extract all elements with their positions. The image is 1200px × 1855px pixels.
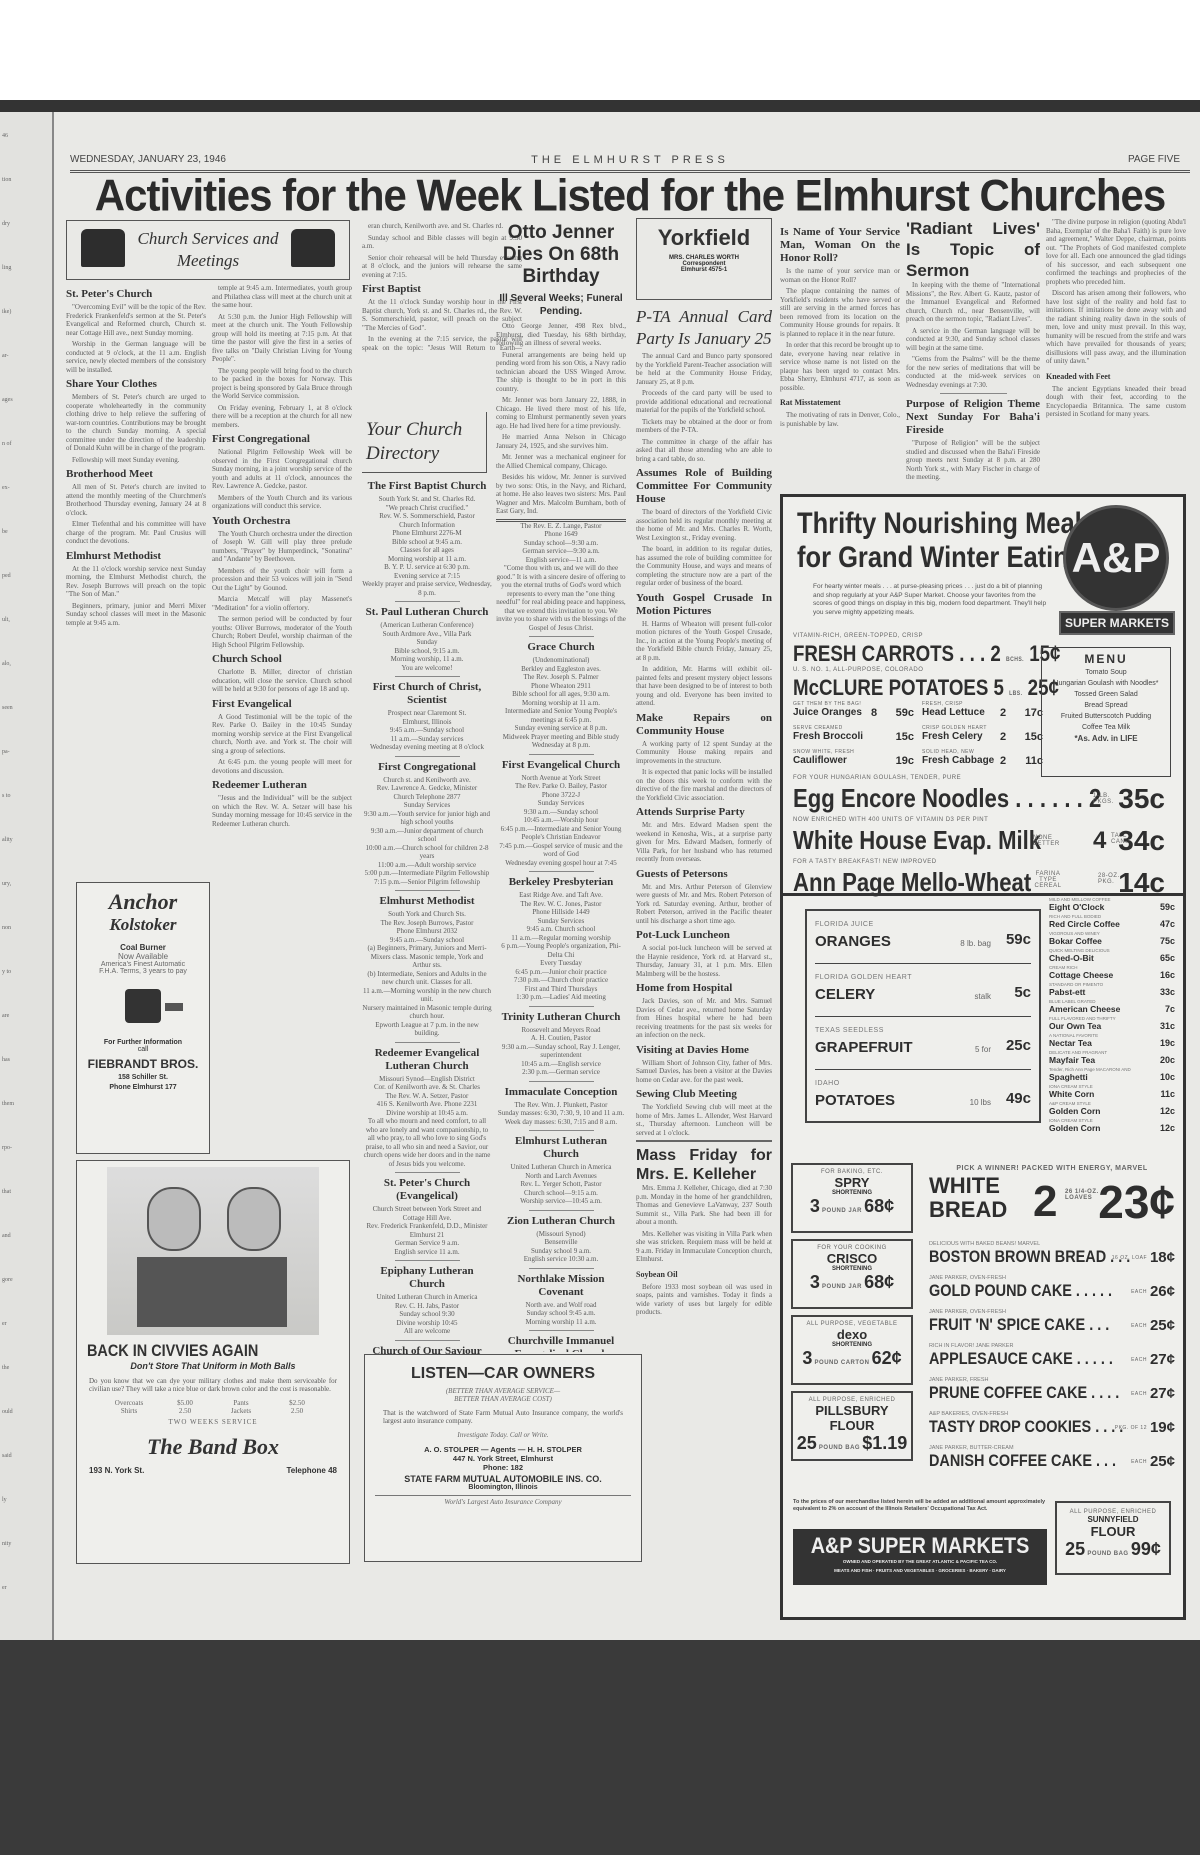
church-detail: A. H. Coutien, Pastor xyxy=(496,1034,626,1043)
church-detail: Church Telephone 2877 xyxy=(362,793,492,802)
potatoes-item: McCLURE POTATOES 5 LBS. 25¢ xyxy=(793,675,1059,701)
article-paragraph: In keeping with the theme of "Internatio… xyxy=(906,281,1040,324)
article-paragraph: Mrs. Kelleher was visiting in Villa Park… xyxy=(636,1230,772,1264)
carrots-desc: VITAMIN-RICH, GREEN-TOPPED, CRISP xyxy=(793,633,923,639)
article-headline: Youth Orchestra xyxy=(212,515,352,528)
edge-text-fragment: that xyxy=(2,1188,48,1196)
item-price: 12c xyxy=(1160,1123,1175,1133)
item-price-row: 3 POUND JAR 68¢ xyxy=(793,1272,911,1293)
article-paragraph: William Short of Johnson City, father of… xyxy=(636,1059,772,1085)
article-headline: Pot-Luck Luncheon xyxy=(636,929,772,942)
divider xyxy=(529,1081,594,1082)
edge-text-fragment: non xyxy=(2,924,48,932)
church-detail: 5:00 p.m.—Intermediate Pilgrim Fellowshi… xyxy=(362,869,492,878)
church-detail: 10:45 a.m.—Worship hour xyxy=(496,816,626,825)
correspondent-phone: Elmhurst 4575-1 xyxy=(637,267,771,273)
edge-text-fragment: gore xyxy=(2,1276,48,1284)
milk-name: White House Evap. Milk xyxy=(793,825,1041,856)
article-paragraph: "The divine purpose in religion (quoting… xyxy=(1046,218,1186,286)
edge-text-fragment: s to xyxy=(2,792,48,800)
item-price: 19¢ xyxy=(1150,1419,1175,1436)
church-detail: 9:30 a.m.—Sunday school xyxy=(496,808,626,817)
church-detail: Bible school for all ages, 9:30 a.m. xyxy=(496,690,626,699)
produce-item: SNOW WHITE, FRESHCauliflower19c xyxy=(793,749,914,773)
column-jenner: Otto Jenner Dies On 68th BirthdayIll Sev… xyxy=(496,222,626,1352)
carrots-unit: BCHS. xyxy=(1006,657,1024,663)
price-value: $2.50 xyxy=(269,1399,325,1407)
church-detail: 11 a.m.—Morning worship in the new churc… xyxy=(362,987,492,1004)
milk-note: NONE BETTER xyxy=(1033,835,1063,847)
article-headline: Kneaded with Feet xyxy=(1046,370,1186,383)
church-detail: Sunday school 9:45 a.m. xyxy=(496,1309,626,1318)
church-detail: Intermediate and Senior Young People's m… xyxy=(496,707,626,724)
church-name: Trinity Lutheran Church xyxy=(496,1011,626,1024)
article-headline: Church School xyxy=(212,653,352,666)
edge-text-fragment: has xyxy=(2,1056,48,1064)
article-paragraph: "Jesus and the Individual" will be the s… xyxy=(212,794,352,828)
church-detail: 9:30 a.m.—Junior department of church sc… xyxy=(362,827,492,844)
edge-text-fragment: the xyxy=(2,1364,48,1372)
item-unit: POUND JAR xyxy=(820,1208,864,1214)
divider xyxy=(395,890,460,891)
item-label: TEXAS SEEDLESS xyxy=(815,1027,884,1034)
item-price-row: 3 POUND JAR 68¢ xyxy=(793,1196,911,1217)
bakery-item: JANE PARKER, OVEN-FRESHGOLD POUND CAKE .… xyxy=(929,1275,1175,1307)
ad-tagline: World's Largest Auto Insurance Company xyxy=(375,1495,631,1506)
noodles-name: Egg Encore Noodles . . . . . . 2 xyxy=(793,783,1101,814)
edge-text-fragment: alo, xyxy=(2,660,48,668)
menu-item: Hungarian Goulash with Noodles* xyxy=(1042,678,1170,689)
church-detail: Phone Elmhurst 2032 xyxy=(362,927,492,936)
item-unit: POUND CARTON xyxy=(812,1360,871,1366)
divider xyxy=(395,1172,460,1173)
soldier-illustration xyxy=(107,1167,319,1335)
column-congregational: temple at 9:45 a.m. Intermediates, youth… xyxy=(212,284,352,974)
edge-text-fragment: tion xyxy=(2,176,48,184)
item-unit: POUND JAR xyxy=(820,1284,864,1290)
church-detail: Rev. W. S. Sommerschield, Pastor xyxy=(362,512,492,521)
ad-headline: LISTEN—CAR OWNERS xyxy=(365,1365,641,1383)
item-price: 65c xyxy=(1160,953,1175,963)
article-paragraph: All men of St. Peter's church are invite… xyxy=(66,483,206,517)
grocery-item: CREAM RICHCottage Cheese16c xyxy=(1049,965,1175,982)
article-headline: Attends Surprise Party xyxy=(636,806,772,819)
church-detail: Divine worship 10:45 xyxy=(362,1319,492,1328)
article-paragraph: A service in the German language will be… xyxy=(906,327,1040,353)
church-name: Grace Church xyxy=(496,641,626,654)
menu-item: Coffee Tea Milk xyxy=(1042,722,1170,733)
item-qty: stalk xyxy=(975,992,991,1001)
article-paragraph: On Friday evening, February 1, at 8 o'cl… xyxy=(212,404,352,430)
item-name: CRISCO xyxy=(793,1251,911,1266)
potatoes-desc: U. S. NO. 1, ALL-PURPOSE, COLORADO xyxy=(793,667,923,673)
article-paragraph: National Pilgrim Fellowship Week will be… xyxy=(212,448,352,491)
divider xyxy=(529,1330,594,1331)
item-name: FRUIT 'N' SPICE CAKE . . . xyxy=(929,1315,1138,1335)
divider xyxy=(395,756,460,757)
church-name: First Evangelical Church xyxy=(496,759,626,772)
article-paragraph: Mr. Jenner was a mechanical engineer for… xyxy=(496,453,626,470)
item-qty: 3 xyxy=(810,1196,820,1216)
edge-text-fragment: them xyxy=(2,1100,48,1108)
noodles-price: 35c xyxy=(1118,783,1165,815)
item-name: Ched-O-Bit xyxy=(1049,953,1175,963)
article-paragraph: Is the name of your service man or woman… xyxy=(780,267,900,284)
ad-tagline: America's Finest Automatic xyxy=(77,961,209,968)
edge-text-fragment: ages xyxy=(2,396,48,404)
state-farm-ad: LISTEN—CAR OWNERS (BETTER THAN AVERAGE S… xyxy=(364,1354,642,1562)
article-headline: Redeemer Lutheran xyxy=(212,779,352,792)
noodles-item: Egg Encore Noodles . . . . . . 21-LB. PK… xyxy=(793,783,1173,814)
item-price: 68¢ xyxy=(864,1196,894,1216)
milk-item: White House Evap. MilkNONE BETTER4TALL C… xyxy=(793,825,1173,856)
page-headline: Activities for the Week Listed for the E… xyxy=(70,171,1190,221)
item-name: Our Own Tea xyxy=(1049,1021,1175,1031)
church-detail: United Lutheran Church in America xyxy=(496,1163,626,1172)
item-name: Cottage Cheese xyxy=(1049,970,1175,980)
church-detail: German service—9:30 a.m. xyxy=(496,547,626,556)
church-detail: The Rev. E. Z. Lange, Pastor xyxy=(496,522,626,531)
item-qty: 3 xyxy=(802,1348,812,1368)
ad-body: Do you know that we can dye your militar… xyxy=(89,1377,337,1393)
church-detail: South York and Church Sts. xyxy=(362,910,492,919)
menu-box: MENU Tomato SoupHungarian Goulash with N… xyxy=(1041,647,1171,777)
ad-call: call xyxy=(77,1046,209,1053)
edge-text-fragment: ike) xyxy=(2,308,48,316)
church-detail: North Avenue at York Street xyxy=(496,774,626,783)
church-detail: Berkley and Eggleston aves. xyxy=(496,665,626,674)
church-name: Immaculate Conception xyxy=(496,1086,626,1099)
article-headline: Youth Gospel Crusade In Motion Pictures xyxy=(636,592,772,618)
church-name: First Church of Christ, Scientist xyxy=(362,681,492,707)
grocery-list: MILD AND MELLOW COFFEEEight O'Clock59cRI… xyxy=(1049,897,1175,1135)
price-item: Jackets xyxy=(213,1407,269,1415)
ad-brand: The Band Box xyxy=(77,1434,349,1460)
ad-agents: A. O. STOLPER — Agents — H. H. STOLPER xyxy=(365,1445,641,1454)
ap-headline-1: Thrifty Nourishing Meals xyxy=(797,507,1096,541)
church-detail: Wednesday evening gospel hour at 7:45 xyxy=(496,859,626,868)
item-name: Eight O'Clock xyxy=(1049,902,1175,912)
menu-item: *As. Adv. in LIFE xyxy=(1042,733,1170,744)
article-paragraph: Fellowship will meet Sunday evening. xyxy=(66,456,206,465)
item-price: 27¢ xyxy=(1150,1385,1175,1402)
church-services-banner: Church Services and Meetings xyxy=(66,220,350,280)
church-detail: 7:45 p.m.—Gospel service of music and th… xyxy=(496,842,626,859)
tax-note: To the prices of our merchandise listed … xyxy=(793,1499,1049,1513)
church-detail: The Rev. Joseph Burrows, Pastor xyxy=(362,919,492,928)
ad-body: That is the watchword of State Farm Mutu… xyxy=(383,1409,623,1425)
article-headline: Sewing Club Meeting xyxy=(636,1088,772,1101)
church-detail: 9:30 a.m.—Sunday school, Ray J. Lenger, … xyxy=(496,1043,626,1060)
produce-item: SOLID HEAD, NEWFresh Cabbage211c xyxy=(922,749,1043,773)
yorkfield-masthead: Yorkfield MRS. CHARLES WORTH Corresponde… xyxy=(636,218,772,300)
article-paragraph: Charlotte B. Miller, director of christi… xyxy=(212,668,352,694)
church-name: St. Paul Lutheran Church xyxy=(362,606,492,619)
church-detail: German Service 9 a.m. xyxy=(362,1239,492,1248)
item-name: Golden Corn xyxy=(1049,1106,1175,1116)
church-name: Berkeley Presbyterian xyxy=(496,876,626,889)
edge-text-fragment: ly xyxy=(2,1496,48,1504)
divider xyxy=(529,1006,594,1007)
church-detail: "Come thou with us, and we will do thee … xyxy=(496,564,626,632)
church-detail: Rev. L. Yerger Schott, Pastor xyxy=(496,1180,626,1189)
item-price: 26¢ xyxy=(1150,1283,1175,1300)
sunnyfield-flour-box: ALL PURPOSE, ENRICHED SUNNYFIELD FLOUR 2… xyxy=(1055,1501,1171,1575)
column-radiant-lives: 'Radiant Lives' Is Topic of SermonIn kee… xyxy=(906,218,1040,490)
item-price: 16c xyxy=(1160,970,1175,980)
produce-box: FLORIDA JUICEORANGES8 lb. bag59cFLORIDA … xyxy=(805,909,1041,1123)
edge-text-fragment: be xyxy=(2,528,48,536)
church-detail: 6 p.m.—Young People's organization, Phi-… xyxy=(496,942,626,959)
item-price: 5c xyxy=(1014,984,1031,1001)
scan-bottom-margin xyxy=(0,1640,1200,1855)
church-detail: Prospect near Claremont St. xyxy=(362,709,492,718)
article-paragraph: Mr. Jenner was born January 22, 1888, in… xyxy=(496,396,626,430)
church-detail: Worship service—10:45 a.m. xyxy=(496,1197,626,1206)
sunnyfield-name: FLOUR xyxy=(1057,1524,1169,1539)
article-paragraph: Discord has arisen among their followers… xyxy=(1046,289,1186,366)
church-detail: (Missouri Synod) xyxy=(496,1230,626,1239)
item-price: 68¢ xyxy=(864,1272,894,1292)
church-detail: The Rev. Parke O. Bailey, Pastor xyxy=(496,782,626,791)
item-price: 75c xyxy=(1160,936,1175,946)
church-detail: Sunday masses: 6:30, 7:30, 9, 10 and 11 … xyxy=(496,1109,626,1118)
church-detail: Every Tuesday xyxy=(496,959,626,968)
article-paragraph: In order that this record be brought up … xyxy=(780,341,900,392)
article-paragraph: Before 1933 most soybean oil was used in… xyxy=(636,1283,772,1317)
bakery-item: JANE PARKER, BUTTER-CREAMDANISH COFFEE C… xyxy=(929,1445,1175,1477)
ad-phone: Telephone 48 xyxy=(286,1466,337,1475)
menu-item: Tomato Soup xyxy=(1042,667,1170,678)
article-paragraph: The young people will bring food to the … xyxy=(212,367,352,401)
article-headline: 'Radiant Lives' Is Topic of Sermon xyxy=(906,218,1040,281)
edge-text-fragment: ar- xyxy=(2,352,48,360)
church-detail: Week day masses: 6:30, 7:15 and 8 a.m. xyxy=(496,1118,626,1127)
price-item: Pants xyxy=(213,1399,269,1407)
church-detail: First and Third Thursdays xyxy=(496,985,626,994)
wheat-note: FARINA TYPE CEREAL xyxy=(1033,871,1063,889)
edge-text-fragment: nity xyxy=(2,1540,48,1548)
church-detail: Weekly prayer and praise service, Wednes… xyxy=(362,580,492,597)
edge-text-fragment: ult, xyxy=(2,616,48,624)
column-yorkfield: P-TA Annual Card Party Is January 25The … xyxy=(636,302,772,1562)
edge-text-fragment: ped xyxy=(2,572,48,580)
footer-departments: MEATS AND FISH · FRUITS AND VEGETABLES ·… xyxy=(793,1568,1047,1573)
ad-cta: Investigate Today. Call or Write. xyxy=(365,1431,641,1439)
bread-desc: PICK A WINNER! PACKED WITH ENERGY, MARVE… xyxy=(929,1165,1175,1172)
price-value: $5.00 xyxy=(157,1399,213,1407)
ap-super-market-ad: Thrifty Nourishing Meals for Grand Winte… xyxy=(780,494,1186,1620)
bread-name: WHITE BREAD xyxy=(929,1174,1009,1222)
article-headline: Visiting at Davies Home xyxy=(636,1044,772,1057)
shortening-box: ALL PURPOSE, ENRICHEDPILLSBURY FLOUR25 P… xyxy=(791,1391,913,1461)
paper-name: THE ELMHURST PRESS xyxy=(70,154,1190,166)
church-detail: Sunday school 9:30 xyxy=(362,1310,492,1319)
church-detail: The Rev. W. A. Setzer, Pastor xyxy=(362,1092,492,1101)
church-detail: Bible school at 9:45 a.m. xyxy=(362,538,492,547)
bread-item: PICK A WINNER! PACKED WITH ENERGY, MARVE… xyxy=(929,1165,1175,1222)
church-detail: Bible school, 9:15 a.m. xyxy=(362,647,492,656)
church-detail: 6:45 p.m.—Intermediate and Senior Young … xyxy=(496,825,626,842)
bakery-item: RICH IN FLAVOR! JANE PARKERAPPLESAUCE CA… xyxy=(929,1343,1175,1375)
band-box-ad: BACK IN CIVVIES AGAIN Don't Store That U… xyxy=(76,1160,350,1564)
item-price: 59c xyxy=(1006,931,1031,948)
article-paragraph: Members of St. Peter's church are urged … xyxy=(66,393,206,453)
article-headline: Assumes Role of Building Committee For C… xyxy=(636,467,772,506)
church-detail: 9:45 a.m.—Sunday school xyxy=(362,726,492,735)
article-paragraph: The plaque containing the names of Yorkf… xyxy=(780,287,900,338)
item-price: 47c xyxy=(1160,919,1175,929)
item-unit: EACH xyxy=(1131,1459,1147,1465)
scan-dark-band xyxy=(0,100,1200,112)
church-detail: Classes for all ages xyxy=(362,546,492,555)
shortening-box: ALL PURPOSE, VEGETABLEdexoSHORTENING3 PO… xyxy=(791,1315,913,1385)
ad-subheadline: Don't Store That Uniform in Moth Balls xyxy=(77,1361,349,1371)
item-price: 11c xyxy=(1160,1089,1175,1099)
church-detail: Sunday Services xyxy=(496,799,626,808)
article-paragraph: A working party of 12 spent Sunday at th… xyxy=(636,740,772,766)
sunnyfield-brand: SUNNYFIELD xyxy=(1057,1515,1169,1524)
church-detail: Sunday school—9:30 a.m. xyxy=(496,539,626,548)
item-price: 49c xyxy=(1006,1090,1031,1107)
item-qty: 2 xyxy=(1000,731,1006,743)
shortening-box: FOR BAKING, ETC.SPRYSHORTENING3 POUND JA… xyxy=(791,1163,913,1233)
ad-headline: BACK IN CIVVIES AGAIN xyxy=(87,1341,310,1361)
ad-company: STATE FARM MUTUAL AUTOMOBILE INS. CO. xyxy=(365,1474,641,1484)
item-name: CELERY xyxy=(815,986,875,1003)
grocery-item: MILD AND MELLOW COFFEEEight O'Clock59c xyxy=(1049,897,1175,914)
bible-flowers-icon xyxy=(81,229,125,267)
item-name: APPLESAUCE CAKE . . . . . xyxy=(929,1349,1138,1369)
ad-brand-2: Kolstoker xyxy=(77,915,209,935)
divider xyxy=(940,393,1007,394)
church-detail: Epworth League at 7 p.m. in the new buil… xyxy=(362,1021,492,1038)
page-number: PAGE FIVE xyxy=(1128,154,1180,165)
price-item: Shirts xyxy=(101,1407,157,1415)
potatoes-unit: LBS. xyxy=(1009,691,1022,697)
divider xyxy=(529,871,594,872)
article-headline: First Evangelical xyxy=(212,698,352,711)
article-paragraph: Mrs. Emma J. Kelleher, Chicago, died at … xyxy=(636,1184,772,1227)
divider xyxy=(395,601,460,602)
article-paragraph: Funeral arrangements are being held up p… xyxy=(496,351,626,394)
church-detail: Phone Wheaton 2911 xyxy=(496,682,626,691)
scan-top-margin xyxy=(0,0,1200,112)
church-detail: Sunday Services xyxy=(362,801,492,810)
church-detail: 11 a.m.—Sunday services xyxy=(362,735,492,744)
sunnyfield-price: 99¢ xyxy=(1131,1539,1161,1559)
edge-text-fragment: said xyxy=(2,1452,48,1460)
church-detail: 7:15 p.m.—Senior Pilgrim fellowship xyxy=(362,878,492,887)
column-st-peters: St. Peter's Church"Overcoming Evil" will… xyxy=(66,284,206,754)
item-qty: 2 xyxy=(1000,755,1006,767)
article-paragraph: Members of the Youth Church and its vari… xyxy=(212,494,352,511)
edge-text-fragment: ould xyxy=(2,1408,48,1416)
bread-qty: 2 xyxy=(1033,1177,1057,1227)
edge-text-fragment: rpo- xyxy=(2,1144,48,1152)
article-paragraph: Beginners, primary, junior and Merri Mix… xyxy=(66,602,206,628)
item-price: 25c xyxy=(1006,1037,1031,1054)
church-name: First Congregational xyxy=(362,761,492,774)
article-paragraph: Members of the youth choir will form a p… xyxy=(212,567,352,593)
sunnyfield-unit: POUND BAG xyxy=(1087,1551,1128,1557)
article-paragraph: Jack Davies, son of Mr. and Mrs. Samuel … xyxy=(636,997,772,1040)
church-detail: 7:30 p.m.—Church choir practice xyxy=(496,976,626,985)
article-paragraph: The Youth Church orchestra under the dir… xyxy=(212,530,352,564)
church-detail: South Ardmore Ave., Villa Park xyxy=(362,630,492,639)
article-paragraph: He married Anna Nelson in Chicago Januar… xyxy=(496,433,626,450)
ap-logo-sub: SUPER MARKETS xyxy=(1059,611,1175,635)
article-paragraph: Proceeds of the card party will be used … xyxy=(636,389,772,415)
adjacent-page-edge: 46tiondrylingike)ar-agesn ofex-bepedult,… xyxy=(0,112,54,1640)
item-name: White Corn xyxy=(1049,1089,1175,1099)
article-headline: First Congregational xyxy=(212,433,352,446)
church-detail: Morning worship 11 a.m. xyxy=(496,1318,626,1327)
item-name: Nectar Tea xyxy=(1049,1038,1175,1048)
church-detail: Sunday Services xyxy=(496,917,626,926)
ad-address: 158 Schiller St. xyxy=(77,1074,209,1081)
bible-flowers-icon xyxy=(291,229,335,267)
item-price: $1.19 xyxy=(862,1433,907,1453)
bakery-item: JANE PARKER, OVEN-FRESHFRUIT 'N' SPICE C… xyxy=(929,1309,1175,1341)
item-unit: EACH xyxy=(1131,1357,1147,1363)
article-headline: Make Repairs on Community House xyxy=(636,712,772,738)
church-detail: B. Y. P. U. service at 6:30 p.m. xyxy=(362,563,492,572)
church-detail: North ave. and Wolf road xyxy=(496,1301,626,1310)
item-price-row: 25 POUND BAG $1.19 xyxy=(793,1433,911,1454)
carrots-name: FRESH CARROTS . . . 2 xyxy=(793,641,1001,666)
church-detail: Sunday school 9 a.m. xyxy=(496,1247,626,1256)
item-name: BOSTON BROWN BREAD . . . xyxy=(929,1247,1138,1267)
church-name: Elmhurst Methodist xyxy=(362,895,492,908)
article-headline: Share Your Clothes xyxy=(66,378,206,391)
church-detail: The Rev. W. C. Jones, Pastor xyxy=(496,900,626,909)
ad-sub-1: (BETTER THAN AVERAGE SERVICE— xyxy=(365,1387,641,1395)
article-paragraph: Marcia Metcalf will play Massenet's "Med… xyxy=(212,595,352,612)
article-paragraph: temple at 9:45 a.m. Intermediates, youth… xyxy=(212,284,352,310)
church-detail: "We preach Christ crucified." xyxy=(362,504,492,513)
item-price: 27¢ xyxy=(1150,1351,1175,1368)
article-paragraph: At the 11 o'clock worship service next S… xyxy=(66,565,206,599)
item-unit: 16 OZ. LOAF xyxy=(1112,1255,1147,1261)
item-price: 10c xyxy=(1160,1072,1175,1082)
church-detail: Phone 3722-J xyxy=(496,791,626,800)
item-qty: 8 xyxy=(871,707,877,719)
produce-item: FLORIDA JUICEORANGES8 lb. bag59c xyxy=(815,911,1031,964)
ad-dealer: FIEBRANDT BROS. xyxy=(77,1057,209,1071)
divider xyxy=(529,636,594,637)
item-name: Spaghetti xyxy=(1049,1072,1175,1082)
item-name: SPRY xyxy=(793,1175,911,1190)
produce-item: TEXAS SEEDLESSGRAPEFRUIT5 for25c xyxy=(815,1017,1031,1070)
item-price: 19c xyxy=(1160,1038,1175,1048)
article-paragraph: It is expected that panic locks will be … xyxy=(636,768,772,802)
church-detail: 416 S. Kenilworth Ave. Phone 2231 xyxy=(362,1100,492,1109)
item-price: 25¢ xyxy=(1150,1453,1175,1470)
bakery-item: A&P BAKERIES, OVEN-FRESHTASTY DROP COOKI… xyxy=(929,1411,1175,1443)
article-paragraph: A social pot-luck luncheon will be serve… xyxy=(636,944,772,978)
article-paragraph: The board of directors of the Yorkfield … xyxy=(636,508,772,542)
article-paragraph: Mr. and Mrs. Arthur Peterson of Glenview… xyxy=(636,883,772,926)
grocery-item: DELICATE AND FRAGRANTMayfair Tea20c xyxy=(1049,1050,1175,1067)
milk-qty: 4 xyxy=(1093,827,1106,855)
item-price: 62¢ xyxy=(872,1348,902,1368)
article-headline: Elmhurst Methodist xyxy=(66,550,206,563)
church-detail: English service 10:30 a.m. xyxy=(496,1255,626,1264)
church-detail: Morning worship at 11 a.m. xyxy=(362,555,492,564)
edge-text-fragment: are xyxy=(2,1012,48,1020)
article-paragraph: Otto George Jenner, 498 Rex blvd., Elmhu… xyxy=(496,322,626,348)
